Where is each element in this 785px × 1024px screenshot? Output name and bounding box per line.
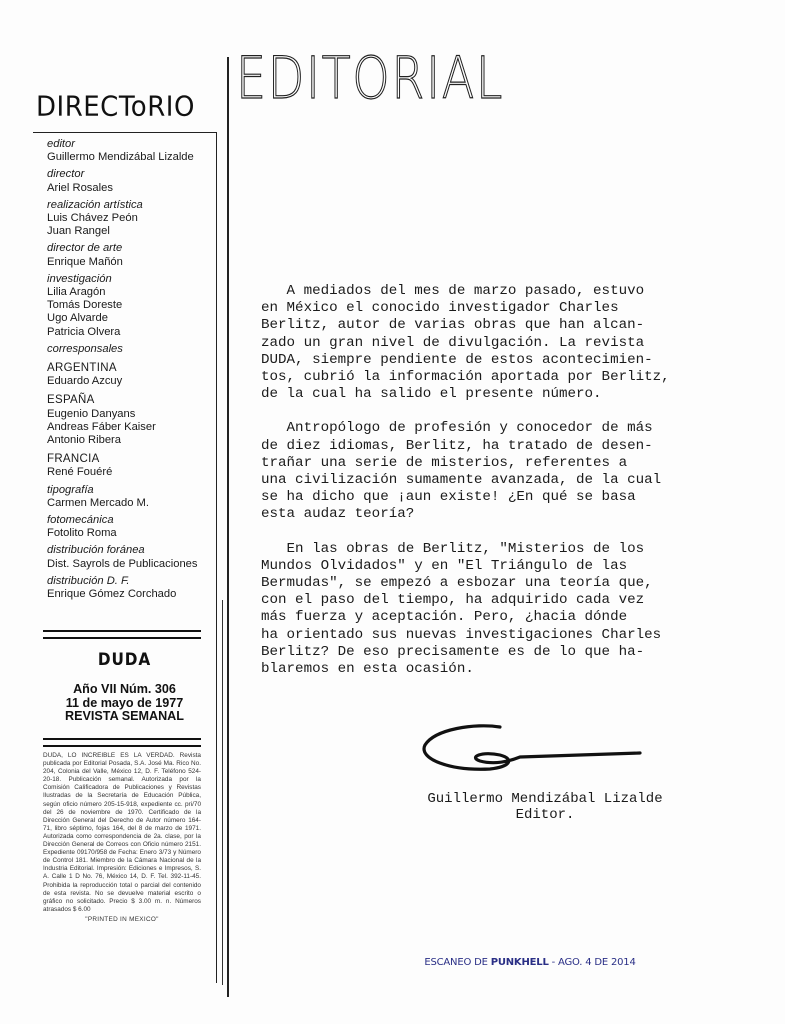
staff-role: editor (47, 138, 217, 151)
double-rule-top (43, 630, 201, 639)
signature-title: Editor. (395, 807, 695, 823)
editorial-body: A mediados del mes de marzo pasado, estu… (261, 283, 741, 695)
staff-list: editorGuillermo Mendizábal Lizaldedirect… (47, 138, 217, 601)
scan-credit-suffix: - AGO. 4 DE 2014 (549, 957, 636, 968)
issue-number: Año VII Núm. 306 (33, 683, 216, 697)
staff-name: Luis Chávez Peón (47, 212, 217, 225)
staff-role: fotomecánica (47, 514, 217, 527)
scan-credit: ESCANEO DE PUNKHELL - AGO. 4 DE 2014 (400, 957, 660, 968)
issue-date: 11 de mayo de 1977 (33, 697, 216, 711)
printed-in-mexico: "PRINTED IN MEXICO" (43, 916, 201, 924)
staff-name: Ariel Rosales (47, 182, 217, 195)
staff-name: Lilia Aragón (47, 286, 217, 299)
staff-name: Eugenio Danyans (47, 408, 217, 421)
staff-name: Juan Rangel (47, 225, 217, 238)
column-divider-inner (222, 600, 223, 985)
staff-name: Enrique Mañón (47, 256, 217, 269)
staff-country: ESPAÑA (47, 394, 217, 407)
staff-role: distribución foránea (47, 544, 217, 557)
legal-notice: DUDA, LO INCREIBLE ES LA VERDAD. Revista… (43, 752, 201, 924)
staff-role: director de arte (47, 242, 217, 255)
issue-info: Año VII Núm. 306 11 de mayo de 1977 REVI… (33, 683, 216, 724)
staff-name: René Fouéré (47, 466, 217, 479)
editorial-paragraph: Antropólogo de profesión y conocedor de … (261, 420, 741, 523)
column-divider (227, 57, 229, 997)
editorial-paragraph: A mediados del mes de marzo pasado, estu… (261, 283, 741, 403)
staff-name: Dist. Sayrols de Publicaciones (47, 558, 217, 571)
staff-country: FRANCIA (47, 453, 217, 466)
staff-name: Guillermo Mendizábal Lizalde (47, 151, 217, 164)
staff-role: distribución D. F. (47, 575, 217, 588)
staff-name: Tomás Doreste (47, 299, 217, 312)
staff-name: Carmen Mercado M. (47, 497, 217, 510)
editorial-title: EDITORIAL (236, 44, 504, 112)
staff-name: Patricia Olvera (47, 326, 217, 339)
staff-role: corresponsales (47, 343, 217, 356)
staff-name: Enrique Gómez Corchado (47, 588, 217, 601)
scan-credit-author: PUNKHELL (491, 957, 549, 968)
staff-role: investigación (47, 273, 217, 286)
directory-title: DIRECToRIO (36, 91, 195, 123)
double-rule-bottom (43, 738, 201, 747)
legal-text: DUDA, LO INCREIBLE ES LA VERDAD. Revista… (43, 752, 201, 914)
editorial-paragraph: En las obras de Berlitz, "Misterios de l… (261, 541, 741, 679)
staff-name: Andreas Fáber Kaiser (47, 421, 217, 434)
staff-name: Eduardo Azcuy (47, 375, 217, 388)
staff-role: director (47, 168, 217, 181)
staff-role: tipografía (47, 484, 217, 497)
staff-name: Fotolito Roma (47, 527, 217, 540)
duda-logo: DUDA (42, 650, 207, 670)
signature-icon (420, 723, 660, 779)
issue-frequency: REVISTA SEMANAL (33, 710, 216, 724)
staff-country: ARGENTINA (47, 362, 217, 375)
signature-name: Guillermo Mendizábal Lizalde (395, 791, 695, 807)
staff-name: Antonio Ribera (47, 434, 217, 447)
signature-block: Guillermo Mendizábal Lizalde Editor. (395, 791, 695, 823)
staff-name: Ugo Alvarde (47, 312, 217, 325)
scan-credit-prefix: ESCANEO DE (424, 957, 490, 968)
staff-role: realización artística (47, 199, 217, 212)
